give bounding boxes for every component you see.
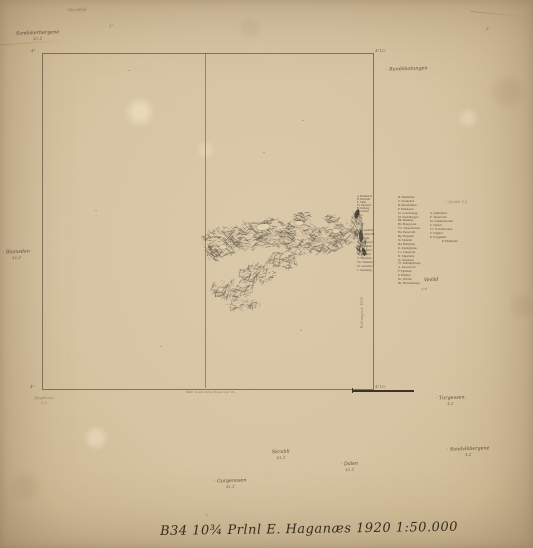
map-label: Haugstjønn botn: [252, 221, 272, 225]
annotation: Veslid: [424, 278, 439, 284]
frame-vertical-label: Ballangrud 1920: [360, 256, 364, 328]
map-label: Rysstad: [329, 234, 338, 238]
frame-bottom-note: Målt lodde Prlnl Espevold 19–: [186, 390, 296, 394]
annotation: · Sandvikbergene 4.2: [447, 446, 490, 457]
annotation: 4°: [486, 26, 491, 31]
annotation: · Dalen 41.2: [341, 462, 359, 473]
legend-column-1a: A. BuskestadB. BerlandsE. EidetEi. Eikel…: [357, 196, 372, 213]
legend-entry: H. Gisholt: [357, 211, 372, 214]
map-label: Lillebotn: [210, 235, 221, 239]
annotation: · Blomsden 41.2: [3, 250, 30, 261]
legend-entry: P. Mykkjedla: [442, 239, 458, 243]
graticule-label-bottom-left: 4°: [30, 384, 35, 389]
graticule-label-top-right: 4°10': [375, 48, 386, 53]
graticule-label-top-left: 4°: [31, 48, 36, 53]
legend-entry: Hv. Havredalsegd: [398, 282, 421, 286]
annotation: urd: [421, 287, 428, 292]
graticule-label-bottom-right: 4°10': [375, 384, 386, 389]
annotation: i Bordal 4.2: [446, 200, 467, 206]
annotation: Skrubhøl: [68, 7, 87, 13]
map-label: Fiskebotn: [293, 218, 305, 222]
annotation: Høgehaug 4.2: [34, 395, 54, 406]
annotation: · Turgeosen 4.2: [436, 396, 465, 407]
annotation: t;: [206, 513, 209, 518]
annotation: 4°: [109, 23, 114, 28]
annotation: · Gurgenosen 41.2: [214, 478, 247, 489]
annotation: Skrubli 41.2: [272, 450, 290, 461]
lakes-and-blobs: [219, 209, 366, 257]
legend-column-2: H. HesthamarV. VasshyltenB. BrandsdalenF…: [398, 196, 421, 286]
scale-bar-tick: [352, 388, 353, 393]
terrain-hachure-drawing: [0, 0, 533, 548]
legend-column-3: A. AskildsrudE. TansarvatliSv. Sagmester…: [430, 211, 458, 243]
map-sheet: Lillebotn Haugstjønn botn Fiskebotn Ryss…: [0, 0, 533, 548]
scale-bar: [352, 390, 414, 392]
